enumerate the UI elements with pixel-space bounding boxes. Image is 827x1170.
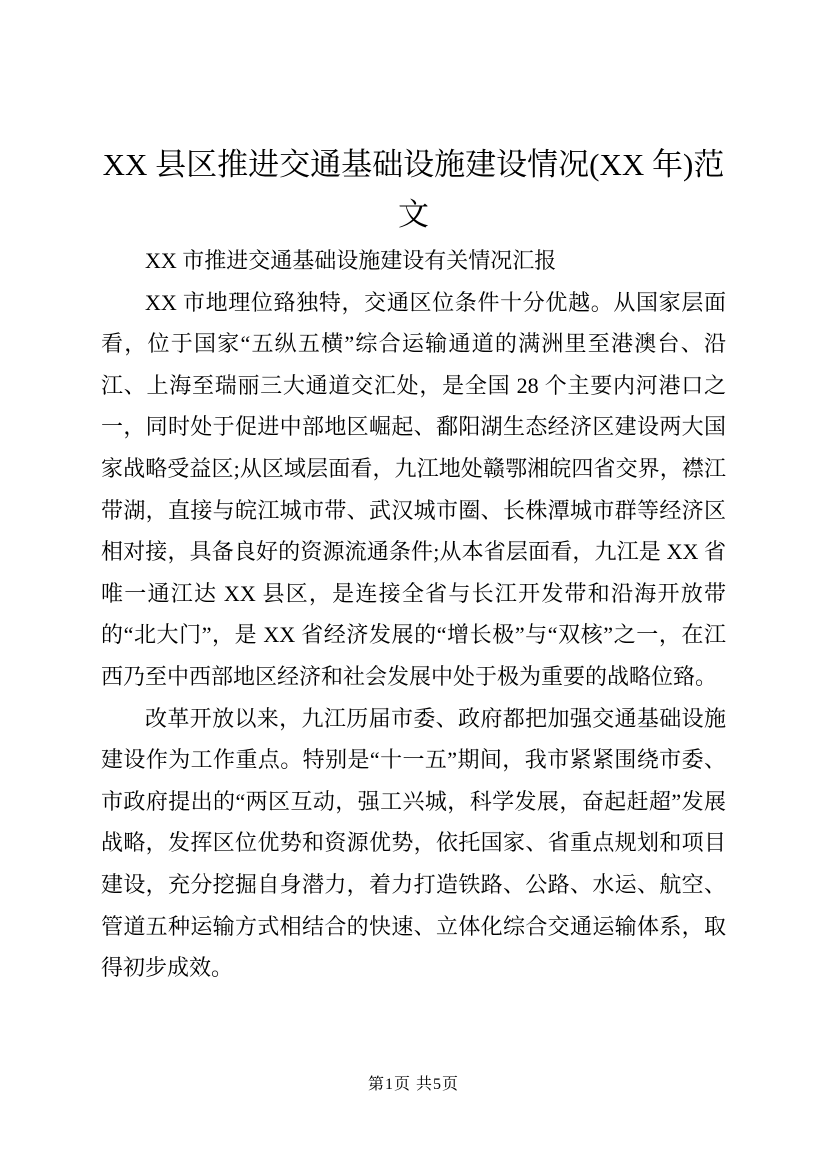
paragraph-overview: XX 市地理位臵独特，交通区位条件十分优越。从国家层面看，位于国家“五纵五横”综… (101, 282, 726, 698)
document-body: XX 市推进交通基础设施建设有关情况汇报 XX 市地理位臵独特，交通区位条件十分… (101, 240, 726, 989)
document-title: XX 县区推进交通基础设施建设情况(XX 年)范文 (101, 140, 726, 240)
document-content: XX 县区推进交通基础设施建设情况(XX 年)范文 XX 市推进交通基础设施建设… (101, 140, 726, 989)
document-page: XX 县区推进交通基础设施建设情况(XX 年)范文 XX 市推进交通基础设施建设… (0, 0, 827, 1170)
page-number-footer: 第1页 共5页 (0, 1074, 827, 1096)
paragraph-heading-line: XX 市推进交通基础设施建设有关情况汇报 (101, 240, 726, 282)
paragraph-reform: 改革开放以来，九江历届市委、政府都把加强交通基础设施建设作为工作重点。特别是“十… (101, 698, 726, 989)
